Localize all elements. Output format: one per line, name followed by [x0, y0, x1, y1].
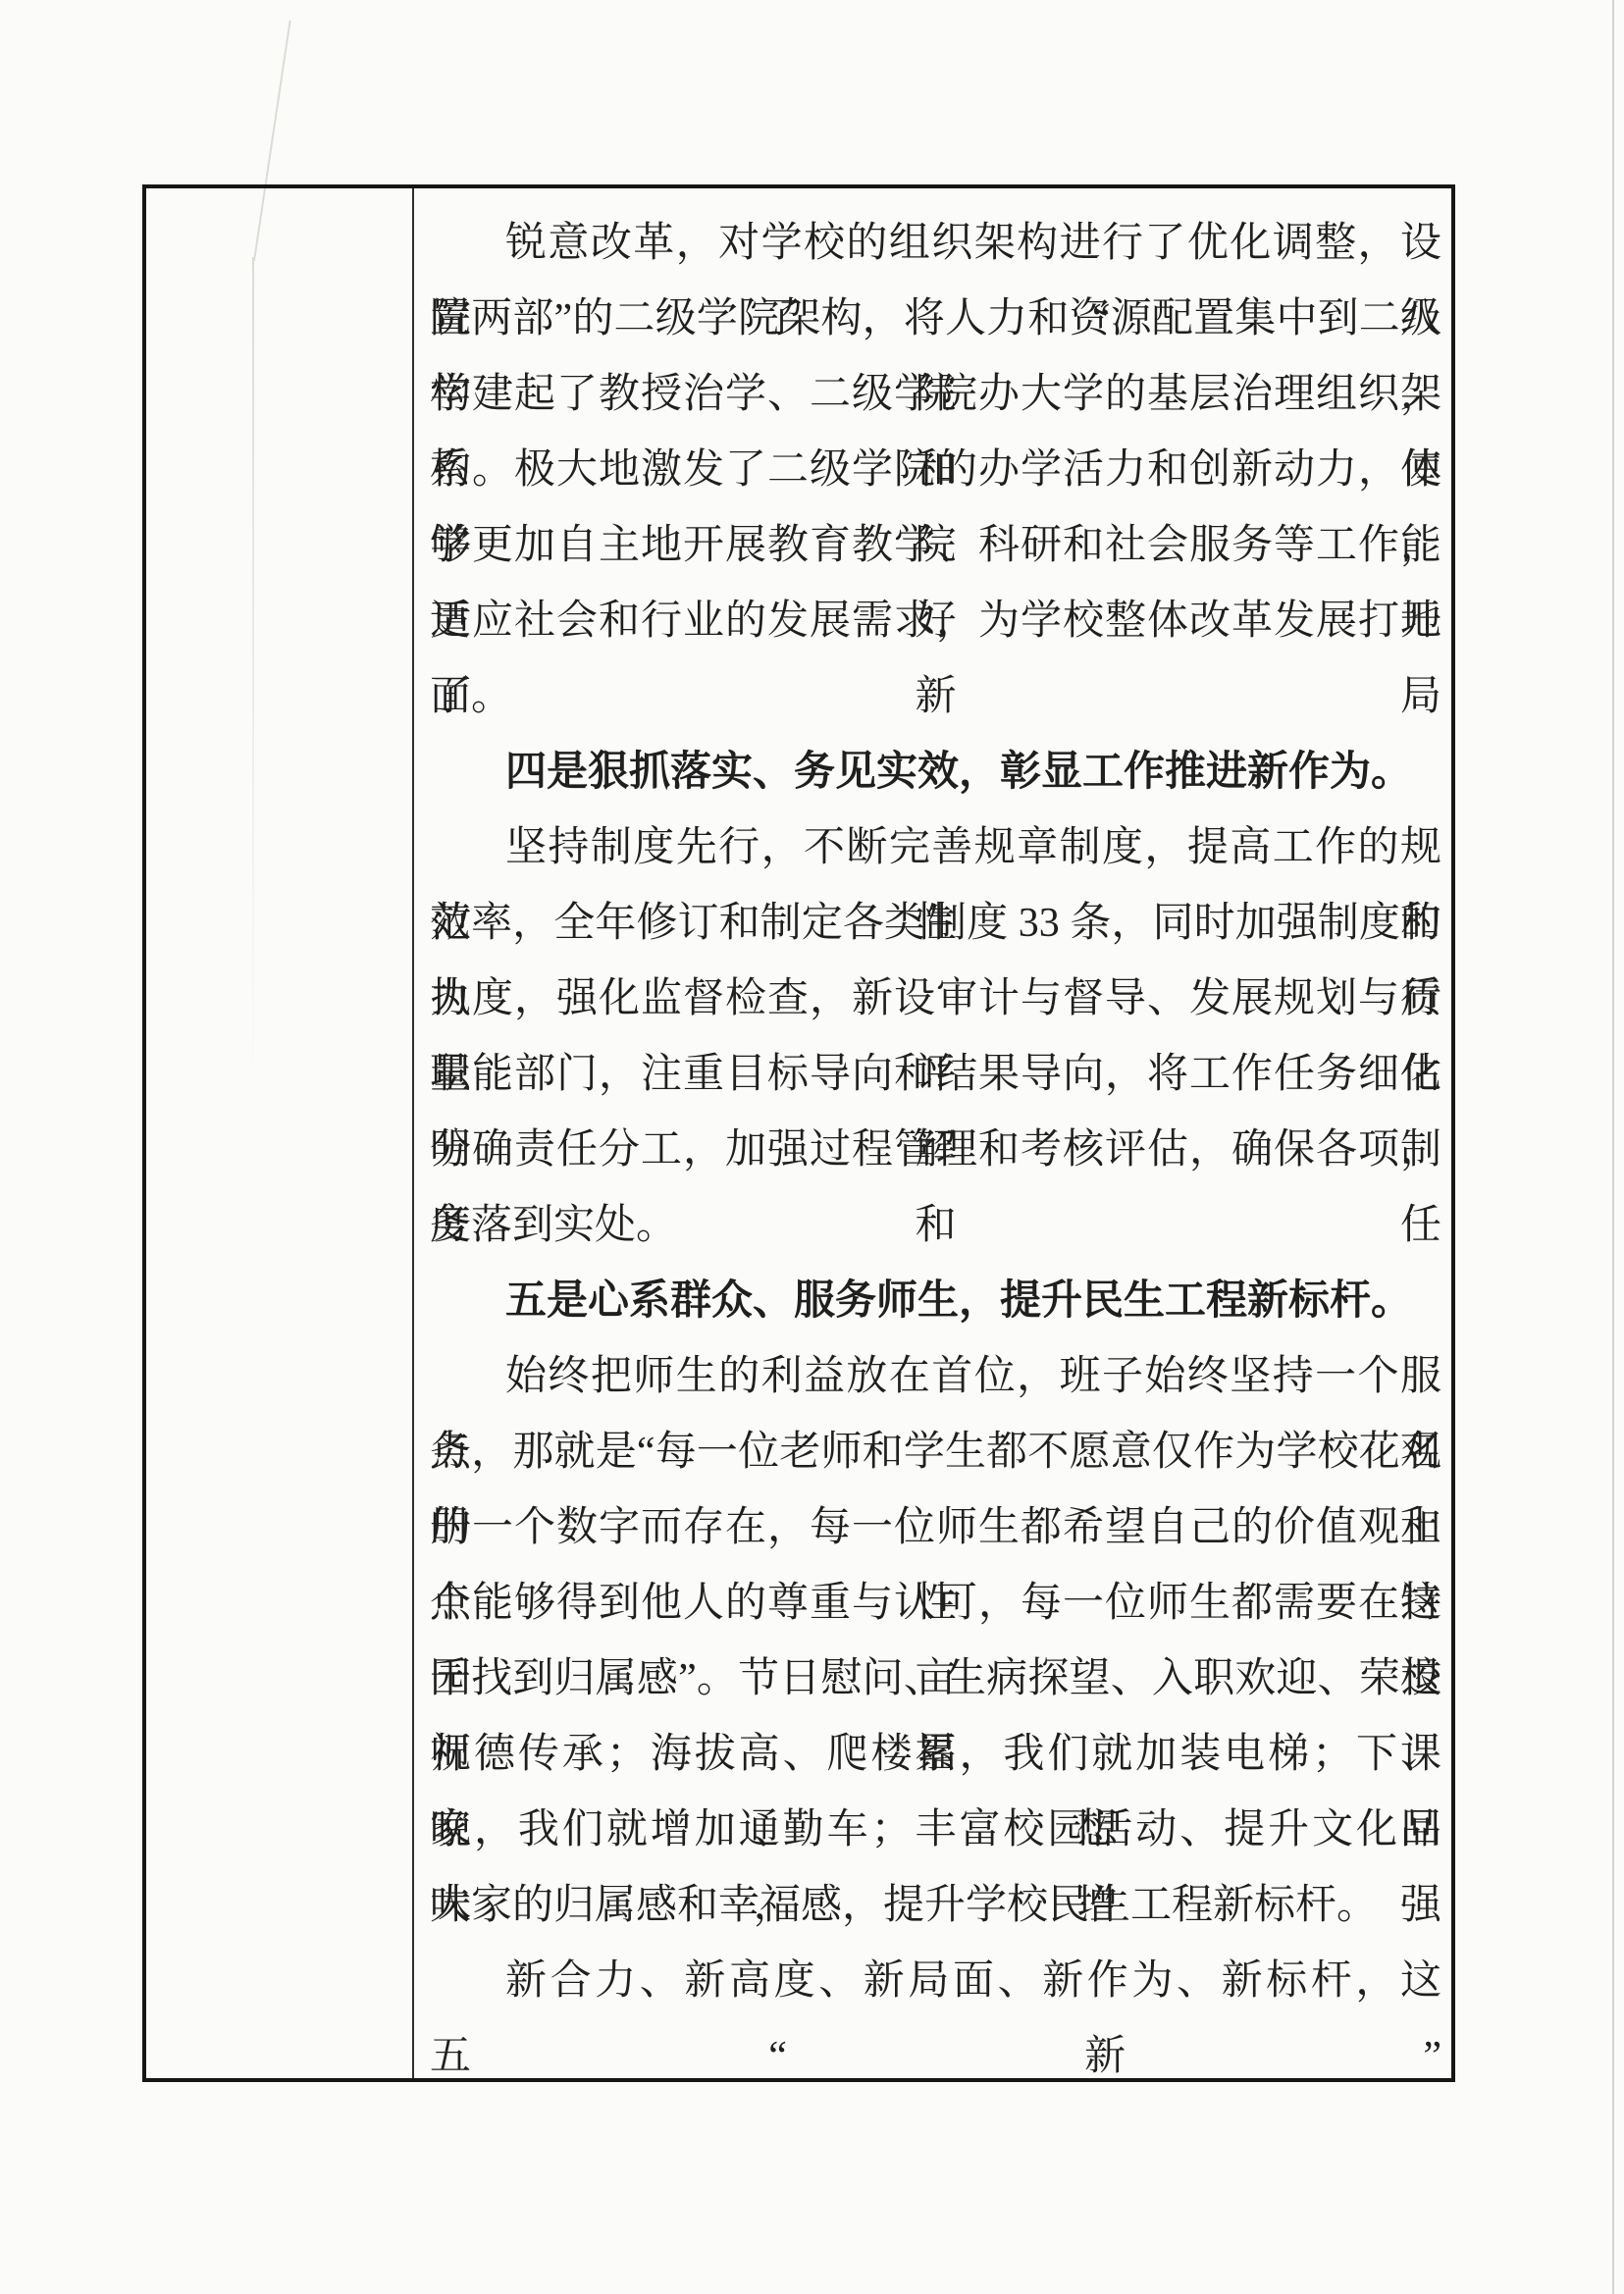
- text-line: 始终把师生的利益放在首位，班子始终坚持一个服务观: [430, 1339, 1441, 1415]
- text-line: 效率，全年修订和制定各类制度 33 条，同时加强制度的执行: [430, 886, 1441, 962]
- text-line: 新合力、新高度、新局面、新作为、新标杆，这五“新”: [430, 1944, 1441, 2019]
- text-line: 四是狠抓落实、务见实效，彰显工作推进新作为。: [430, 735, 1441, 810]
- text-line: 院两部”的二级学院架构，将人力和资源配置集中到二级学院，: [430, 282, 1441, 357]
- text-line: 点能够得到他人的尊重与认可，每一位师生都需要在这千亩校: [430, 1566, 1441, 1642]
- text-line: 锐意改革，对学校的组织架构进行了优化调整，设置了“八: [430, 206, 1441, 282]
- text-line: 系。极大地激发了二级学院的办学活力和创新动力，使学院能: [430, 433, 1441, 508]
- text-line: 点，那就是“每一位老师和学生都不愿意仅作为学校花名册上: [430, 1415, 1441, 1490]
- text-line: 的一个数字而存在，每一位师生都希望自己的价值观和个性特: [430, 1490, 1441, 1566]
- text-line: 职能部门，注重目标导向和结果导向，将工作任务细化分解，: [430, 1037, 1441, 1113]
- text-line: 力度，强化监督检查，新设审计与督导、发展规划与质量评估: [430, 962, 1441, 1037]
- scanned-document-page: 锐意改革，对学校的组织架构进行了优化调整，设置了“八院两部”的二级学院架构，将人…: [0, 0, 1624, 2294]
- text-line: 五是心系群众、服务师生，提升民生工程新标杆。: [430, 1264, 1441, 1339]
- text-line: 坚持制度先行，不断完善规章制度，提高工作的规范性和: [430, 810, 1441, 886]
- text-line: 明确责任分工，加强过程管理和考核评估，确保各项制度和任: [430, 1113, 1441, 1188]
- page-edge-shadow: [1612, 0, 1614, 2294]
- table-label-cell: [146, 188, 414, 2078]
- text-line: 够更加自主地开展教育教学、科研和社会服务等工作，更好地: [430, 508, 1441, 584]
- text-line: 家，我们就增加通勤车；丰富校园活动、提升文化品味，增强: [430, 1793, 1441, 1868]
- text-line: 大家的归属感和幸福感，提升学校民生工程新标杆。: [430, 1868, 1441, 1944]
- form-table: 锐意改革，对学校的组织架构进行了优化调整，设置了“八院两部”的二级学院架构，将人…: [142, 184, 1455, 2082]
- table-content-cell: 锐意改革，对学校的组织架构进行了优化调整，设置了“八院两部”的二级学院架构，将人…: [414, 188, 1451, 2078]
- text-line: 适应社会和行业的发展需求，为学校整体改革发展打开了新局: [430, 584, 1441, 659]
- text-line: 构建起了教授治学、二级学院办大学的基层治理组织架构和体: [430, 357, 1441, 433]
- text-line: 园找到归属感”。节日慰问、生病探望、入职欢迎、荣退祝福、: [430, 1642, 1441, 1717]
- text-line: 师德传承；海拔高、爬楼累，我们就加装电梯；下课晚、想回: [430, 1717, 1441, 1793]
